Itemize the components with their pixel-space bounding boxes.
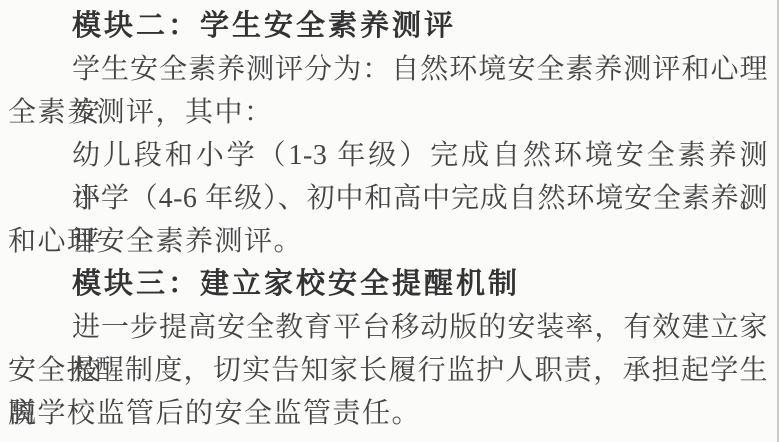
section-heading-module-2: 模块二：学生安全素养测评 bbox=[8, 5, 768, 48]
paragraph-line: 全素养测评，其中： bbox=[8, 91, 768, 134]
document-text-block: 模块二：学生安全素养测评 学生安全素养测评分为：自然环境安全素养测评和心理安 全… bbox=[8, 5, 768, 435]
paragraph-line: 幼儿段和小学（1-3 年级）完成自然环境安全素养测评。 bbox=[8, 134, 768, 177]
paragraph-line: 进一步提高安全教育平台移动版的安装率，有效建立家校 bbox=[8, 306, 768, 349]
section-heading-module-3: 模块三：建立家校安全提醒机制 bbox=[8, 263, 768, 306]
document-page: 模块二：学生安全素养测评 学生安全素养测评分为：自然环境安全素养测评和心理安 全… bbox=[0, 0, 780, 442]
paragraph-line: 安全提醒制度，切实告知家长履行监护人职责，承担起学生脱 bbox=[8, 349, 768, 392]
paragraph-line: 离学校监管后的安全监管责任。 bbox=[8, 392, 768, 435]
paragraph-line: 小学（4-6 年级）、初中和高中完成自然环境安全素养测评 bbox=[8, 177, 768, 220]
paragraph-line: 和心理安全素养测评。 bbox=[8, 220, 768, 263]
page-edge-line bbox=[777, 0, 779, 442]
paragraph-line: 学生安全素养测评分为：自然环境安全素养测评和心理安 bbox=[8, 48, 768, 91]
